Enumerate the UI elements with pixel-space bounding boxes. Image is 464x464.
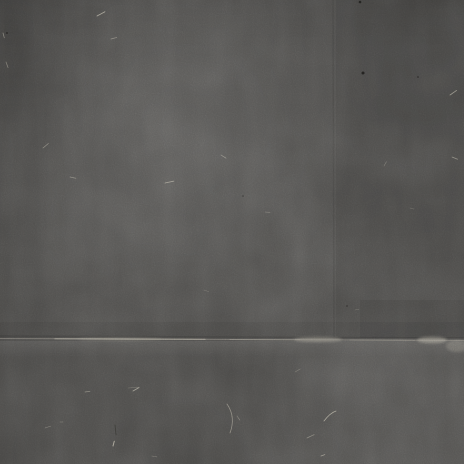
fine-grain-layer: [0, 0, 464, 464]
texture-canvas: [0, 0, 464, 464]
dark-paper-texture-photo: [0, 0, 464, 464]
